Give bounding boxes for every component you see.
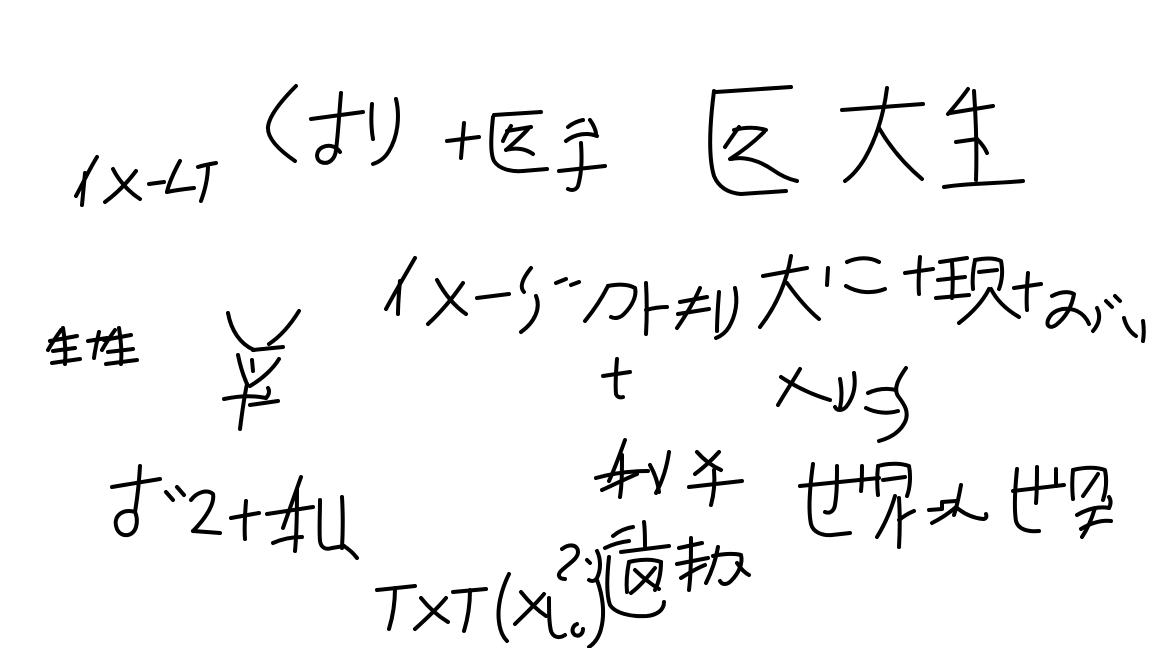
word-image-romaji (76, 157, 216, 205)
word-idaisei (710, 87, 1023, 194)
word-txt-expression (377, 545, 603, 647)
word-sokkou (778, 368, 907, 441)
word-sei-plus-sei (48, 328, 137, 364)
word-oni-plus-gen-plus-mibui (760, 256, 1144, 341)
word-sentaku (605, 522, 749, 616)
word-subete-plus-watashi (112, 466, 357, 558)
word-kagaku (596, 440, 742, 505)
handwriting-svg[interactable] (0, 0, 1152, 648)
glass-symbol-sketch (224, 311, 299, 429)
word-sekai-x-sekai (800, 464, 1111, 547)
word-image-geka (386, 258, 736, 338)
drawing-canvas[interactable] (0, 0, 1152, 648)
plus-sign-middle (603, 359, 630, 397)
word-kusuri-plus-igaku (268, 86, 605, 190)
